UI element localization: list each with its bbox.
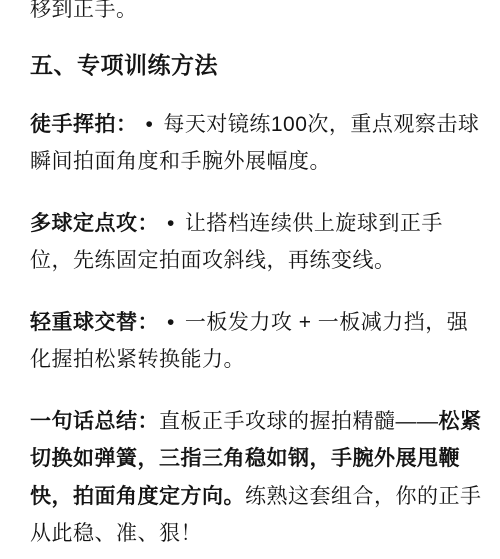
bullet-marker: • [146, 106, 154, 144]
item-label: 多球定点攻： [30, 212, 159, 235]
training-item-freehand-swing: 徒手挥拍：•每天对镜练100次，重点观察击球瞬间拍面角度和手腕外展幅度。 [30, 106, 482, 181]
item-label: 轻重球交替： [30, 311, 159, 334]
bullet-marker: • [167, 205, 175, 243]
summary-lead: 直板正手攻球的握拍精髓—— [159, 410, 439, 433]
summary-label: 一句话总结： [30, 410, 159, 433]
item-label: 徒手挥拍： [30, 113, 138, 136]
summary-paragraph: 一句话总结：直板正手攻球的握拍精髓——松紧切换如弹簧，三指三角稳如钢，手腕外展甩… [30, 403, 482, 553]
section-heading: 五、专项训练方法 [30, 48, 482, 82]
bullet-marker: • [167, 304, 175, 342]
training-item-multiball-attack: 多球定点攻：•让搭档连续供上旋球到正手位，先练固定拍面攻斜线，再练变线。 [30, 205, 482, 280]
training-item-light-heavy-alternate: 轻重球交替：•一板发力攻 + 一板减力挡，强化握拍松紧转换能力。 [30, 304, 482, 379]
article-body: 移到正手。 五、专项训练方法 徒手挥拍：•每天对镜练100次，重点观察击球瞬间拍… [0, 0, 500, 553]
previous-paragraph-tail: 移到正手。 [30, 0, 482, 29]
